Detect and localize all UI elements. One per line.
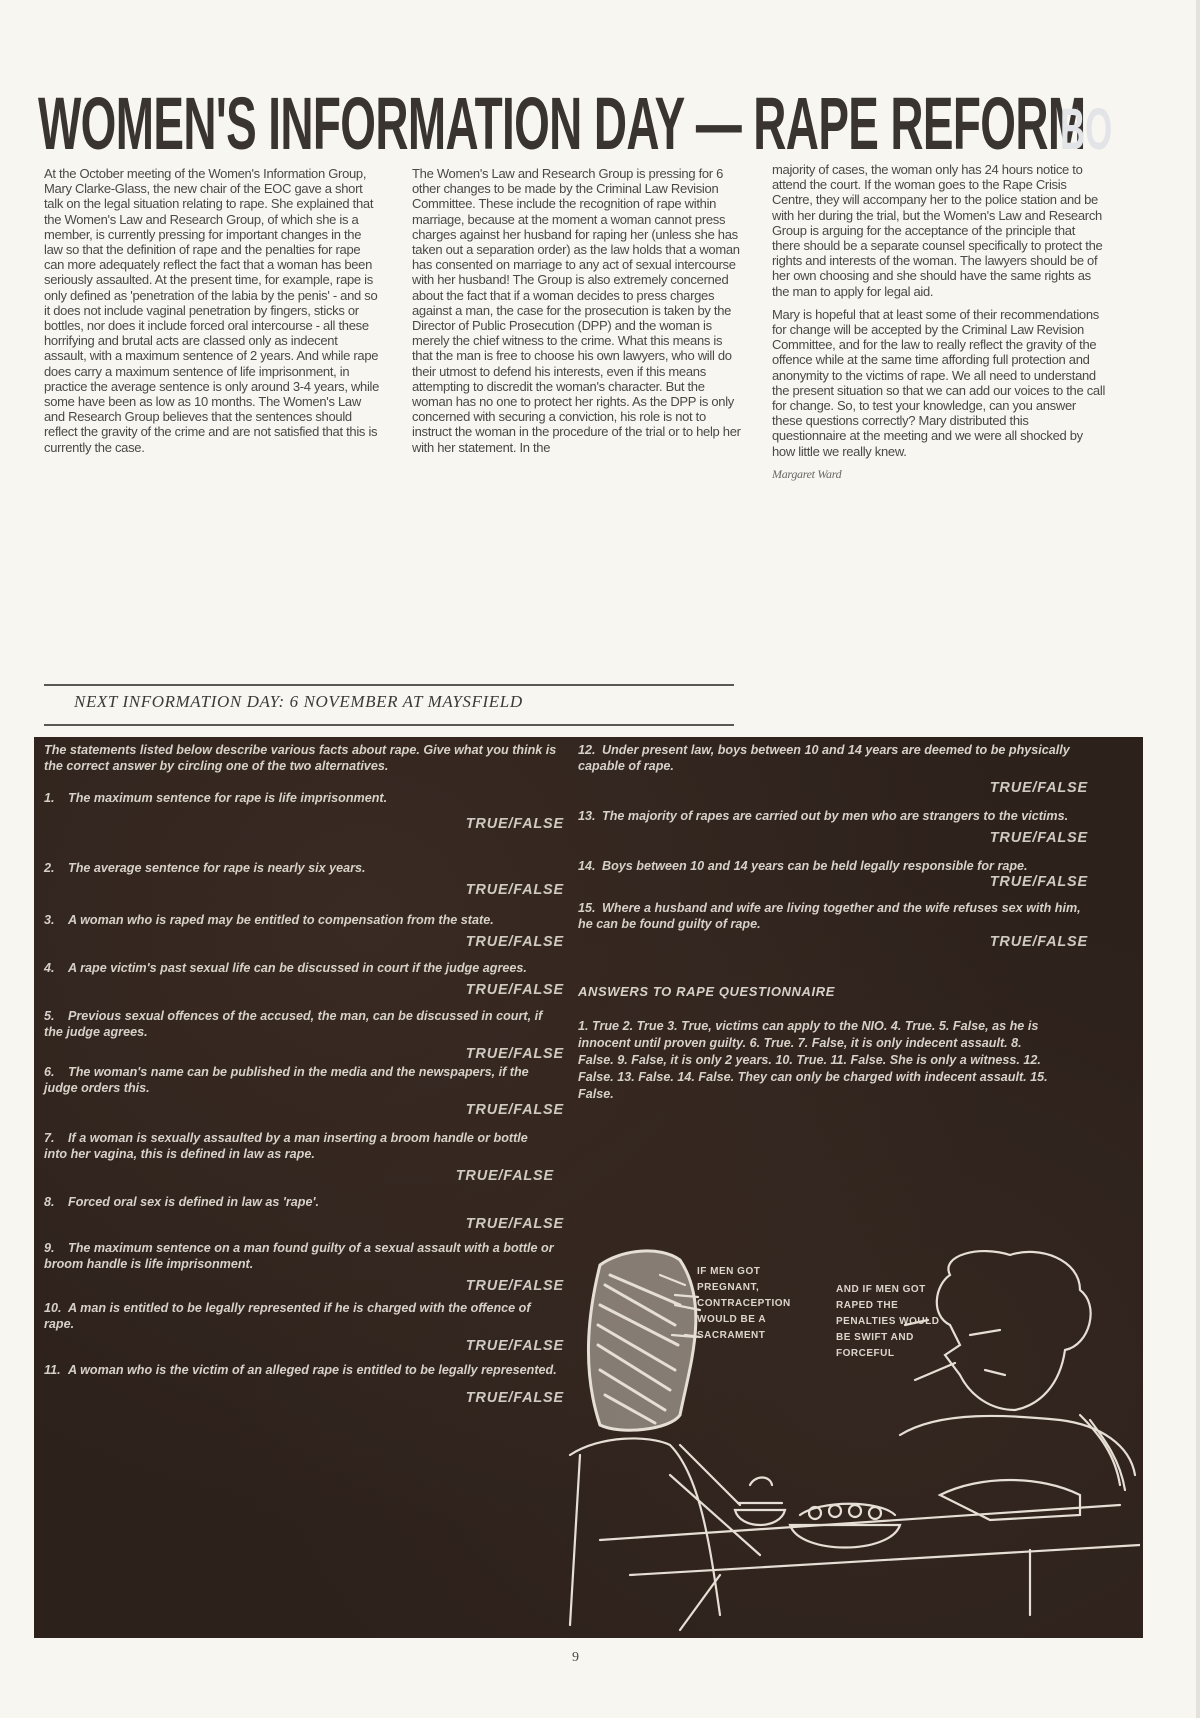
speech-bubble-right: AND IF MEN GOT RAPED THE PENALTIES WOULD… (836, 1282, 946, 1362)
question-number: 2. (44, 860, 68, 876)
article-column-1: At the October meeting of the Women's In… (44, 166, 380, 463)
answers-heading: ANSWERS TO RAPE QUESTIONNAIRE (578, 984, 1088, 1000)
question-text: A rape victim's past sexual life can be … (68, 961, 527, 975)
question-text: A woman who is raped may be entitled to … (68, 913, 494, 927)
true-false-choice[interactable]: TRUE/FALSE (44, 1216, 564, 1232)
true-false-choice[interactable]: TRUE/FALSE (578, 934, 1088, 950)
question-text: The majority of rapes are carried out by… (602, 809, 1068, 823)
true-false-choice[interactable]: TRUE/FALSE (578, 874, 1088, 890)
question-item: 2.The average sentence for rape is nearl… (44, 860, 564, 898)
page-title: WOMEN'S INFORMATION DAY — RAPE REFORM (38, 82, 1085, 166)
speech-bubble-left: IF MEN GOT PREGNANT, CONTRACEPTION WOULD… (697, 1264, 807, 1344)
divider-top (44, 684, 734, 686)
true-false-choice[interactable]: TRUE/FALSE (44, 982, 564, 998)
question-number: 7. (44, 1130, 68, 1146)
question-item: 7.If a woman is sexually assaulted by a … (44, 1130, 554, 1184)
author-byline: Margaret Ward (772, 467, 1106, 482)
question-number: 13. (578, 808, 602, 824)
question-item: 14.Boys between 10 and 14 years can be h… (578, 858, 1088, 890)
next-information-day-banner: NEXT INFORMATION DAY: 6 NOVEMBER AT MAYS… (74, 692, 734, 712)
article-paragraph: majority of cases, the woman only has 24… (772, 162, 1106, 299)
divider-bottom (44, 724, 734, 726)
question-item: 5.Previous sexual offences of the accuse… (44, 1008, 564, 1062)
left-woman-hair-icon (588, 1251, 695, 1430)
question-number: 8. (44, 1194, 68, 1210)
question-text: The maximum sentence on a man found guil… (44, 1241, 554, 1271)
question-number: 4. (44, 960, 68, 976)
question-item: 6.The woman's name can be published in t… (44, 1064, 564, 1118)
question-number: 5. (44, 1008, 68, 1024)
question-item: 13.The majority of rapes are carried out… (578, 808, 1088, 846)
question-number: 15. (578, 900, 602, 916)
question-item: 4.A rape victim's past sexual life can b… (44, 960, 564, 998)
questionnaire-left-column: The statements listed below describe var… (44, 742, 564, 1412)
question-number: 1. (44, 790, 68, 806)
question-text: A woman who is the victim of an alleged … (68, 1363, 557, 1377)
true-false-choice[interactable]: TRUE/FALSE (44, 882, 564, 898)
answers-text: 1. True 2. True 3. True, victims can app… (578, 1018, 1048, 1103)
article-column-2: The Women's Law and Research Group is pr… (412, 166, 742, 463)
true-false-choice[interactable]: TRUE/FALSE (44, 1046, 564, 1062)
true-false-choice[interactable]: TRUE/FALSE (44, 1102, 564, 1118)
question-text: Where a husband and wife are living toge… (578, 901, 1081, 931)
article-column-3: majority of cases, the woman only has 24… (772, 162, 1106, 482)
questionnaire-intro: The statements listed below describe var… (44, 742, 564, 774)
question-text: The woman's name can be published in the… (44, 1065, 529, 1095)
question-number: 12. (578, 742, 602, 758)
question-text: A man is entitled to be legally represen… (44, 1301, 531, 1331)
questionnaire-right-column: 12.Under present law, boys between 10 an… (578, 742, 1088, 1103)
article-paragraph: The Women's Law and Research Group is pr… (412, 166, 742, 455)
article-paragraph: Mary is hopeful that at least some of th… (772, 307, 1106, 459)
true-false-choice[interactable]: TRUE/FALSE (44, 934, 564, 950)
bleed-through-text: BO (1060, 96, 1112, 163)
question-text: Under present law, boys between 10 and 1… (578, 743, 1070, 773)
question-item: 15.Where a husband and wife are living t… (578, 900, 1088, 950)
true-false-choice[interactable]: TRUE/FALSE (44, 1168, 554, 1184)
question-text: The average sentence for rape is nearly … (68, 861, 366, 875)
question-number: 14. (578, 858, 602, 874)
question-number: 9. (44, 1240, 68, 1256)
question-item: 12.Under present law, boys between 10 an… (578, 742, 1088, 796)
true-false-choice[interactable]: TRUE/FALSE (578, 830, 1088, 846)
question-item: 10.A man is entitled to be legally repre… (44, 1300, 564, 1354)
page-number: 9 (572, 1650, 579, 1666)
true-false-choice[interactable]: TRUE/FALSE (578, 780, 1088, 796)
true-false-choice[interactable]: TRUE/FALSE (44, 1390, 564, 1406)
true-false-choice[interactable]: TRUE/FALSE (44, 1338, 564, 1354)
question-text: If a woman is sexually assaulted by a ma… (44, 1131, 528, 1161)
question-text: Forced oral sex is defined in law as 'ra… (68, 1195, 319, 1209)
question-item: 3.A woman who is raped may be entitled t… (44, 912, 564, 950)
question-number: 11. (44, 1362, 68, 1378)
question-number: 6. (44, 1064, 68, 1080)
true-false-choice[interactable]: TRUE/FALSE (44, 1278, 564, 1294)
page-edge (1196, 0, 1200, 1718)
question-item: 1.The maximum sentence for rape is life … (44, 790, 564, 832)
true-false-choice[interactable]: TRUE/FALSE (44, 816, 564, 832)
question-text: Previous sexual offences of the accused,… (44, 1009, 542, 1039)
question-item: 8.Forced oral sex is defined in law as '… (44, 1194, 564, 1232)
question-text: The maximum sentence for rape is life im… (68, 791, 387, 805)
question-item: 9.The maximum sentence on a man found gu… (44, 1240, 564, 1294)
article-paragraph: At the October meeting of the Women's In… (44, 166, 380, 455)
question-item: 11.A woman who is the victim of an alleg… (44, 1362, 564, 1406)
question-number: 3. (44, 912, 68, 928)
question-text: Boys between 10 and 14 years can be held… (602, 859, 1028, 873)
question-number: 10. (44, 1300, 68, 1316)
